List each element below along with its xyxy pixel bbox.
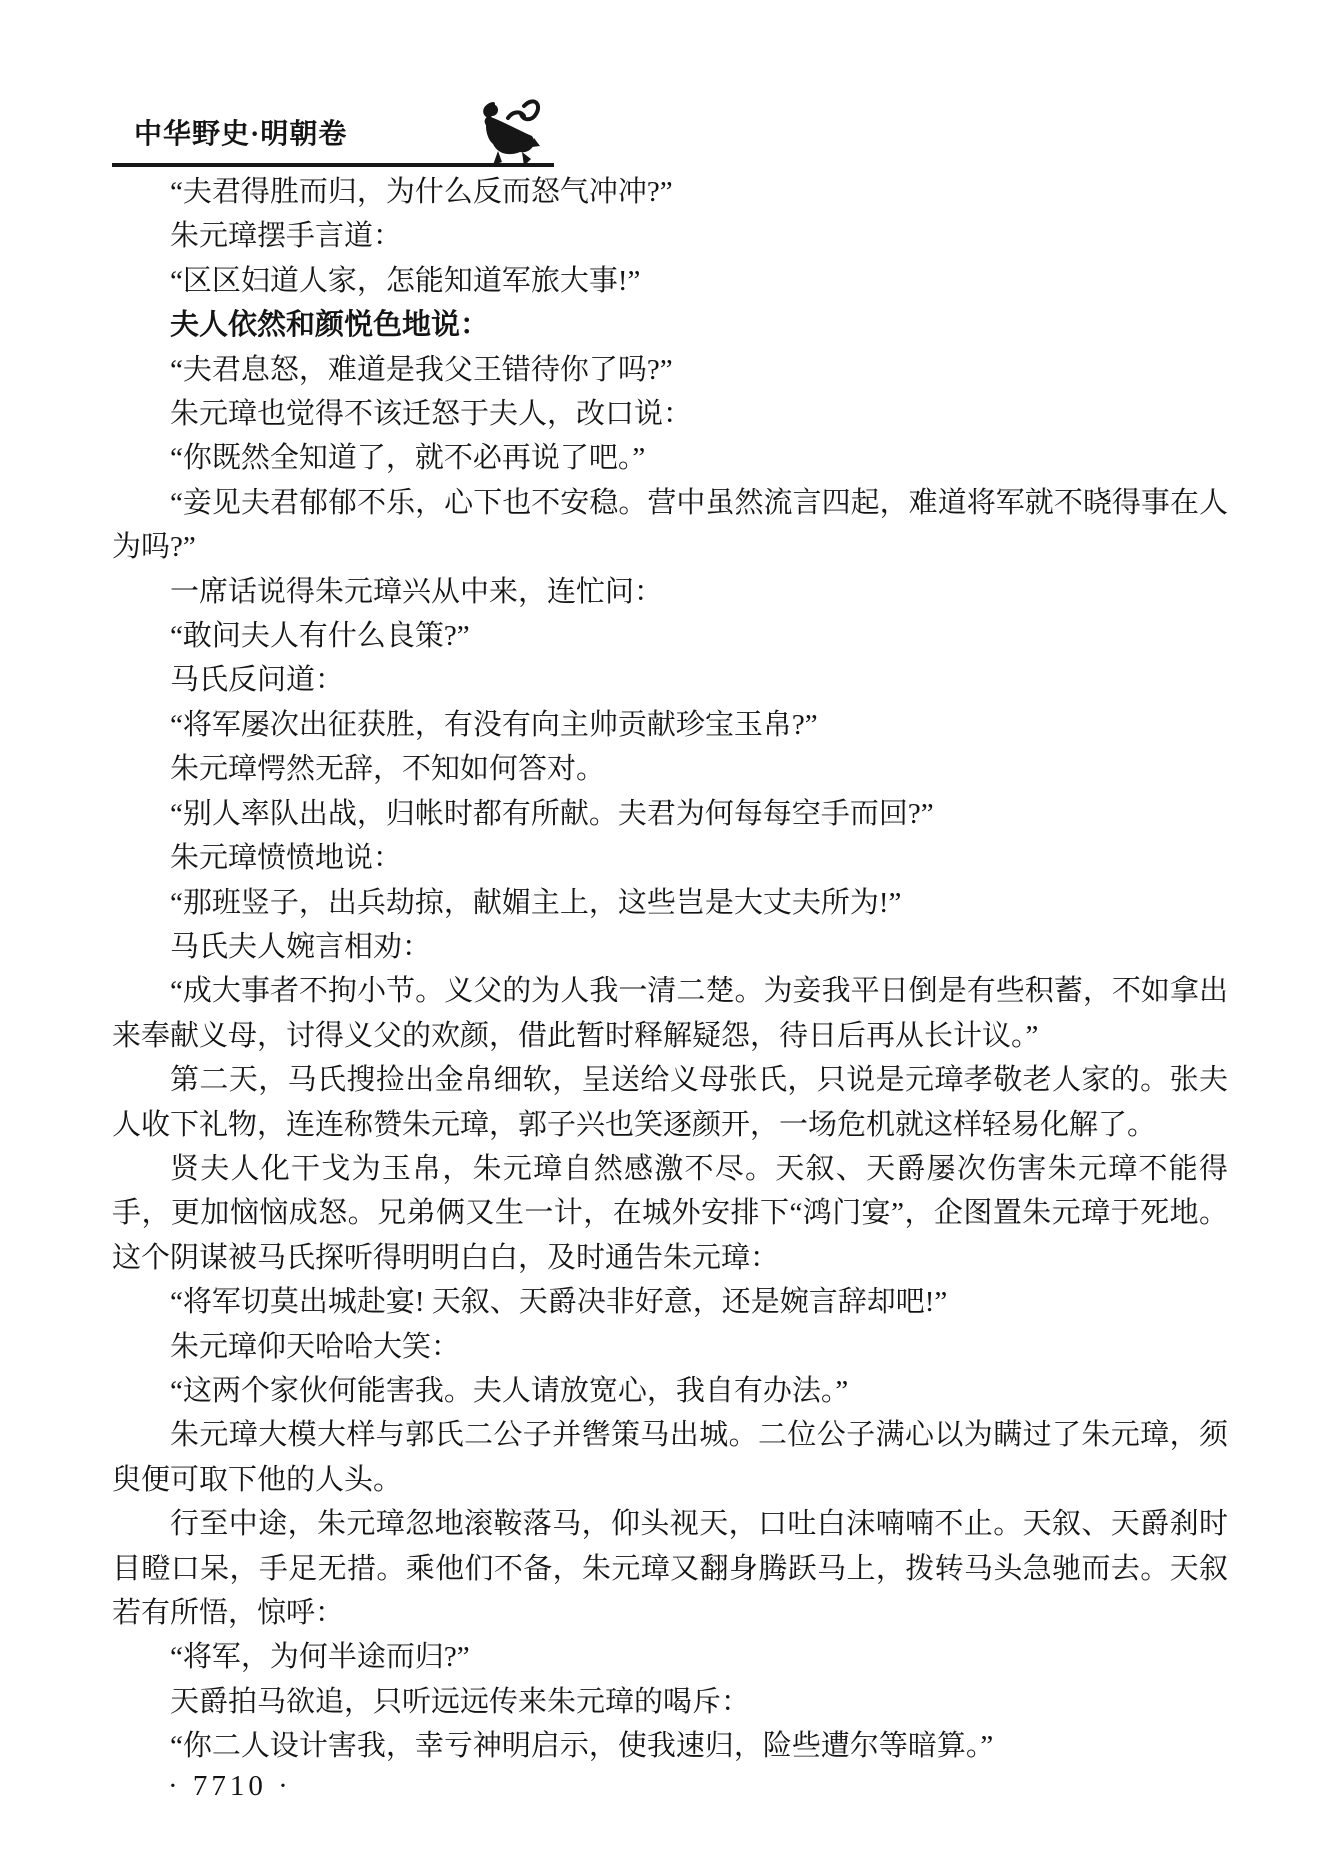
body-paragraph: “那班竖子，出兵劫掠，献媚主上，这些岂是大丈夫所为!” — [112, 881, 1228, 925]
body-paragraph: 马氏夫人婉言相劝： — [112, 925, 1228, 969]
body-paragraph: 朱元璋愕然无辞，不知如何答对。 — [112, 747, 1228, 791]
body-paragraph: “这两个家伙何能害我。夫人请放宽心，我自有办法。” — [112, 1369, 1228, 1413]
body-paragraph: 一席话说得朱元璋兴从中来，连忙问： — [112, 570, 1228, 614]
body-paragraph: 朱元璋也觉得不该迁怒于夫人，改口说： — [112, 392, 1228, 436]
body-paragraph: “你既然全知道了，就不必再说了吧。” — [112, 436, 1228, 480]
page-body: “夫君得胜而归，为什么反而怒气冲冲?”朱元璋摆手言道：“区区妇道人家，怎能知道军… — [112, 170, 1228, 1769]
body-paragraph: 夫人依然和颜悦色地说： — [112, 303, 1228, 347]
body-paragraph: 天爵拍马欲追，只听远远传来朱元璋的喝斥： — [112, 1680, 1228, 1724]
body-paragraph: “区区妇道人家，怎能知道军旅大事!” — [112, 259, 1228, 303]
body-paragraph: “夫君息怒，难道是我父王错待你了吗?” — [112, 348, 1228, 392]
body-paragraph: “成大事者不拘小节。义父的为人我一清二楚。为妾我平日倒是有些积蓄，不如拿出来奉献… — [112, 969, 1228, 1058]
body-paragraph: “别人率队出战，归帐时都有所献。夫君为何每每空手而回?” — [112, 792, 1228, 836]
body-paragraph: 第二天，马氏搜捡出金帛细软，呈送给义母张氏，只说是元璋孝敬老人家的。张夫人收下礼… — [112, 1058, 1228, 1147]
dragon-ornament-icon — [478, 94, 544, 172]
body-paragraph: “夫君得胜而归，为什么反而怒气冲冲?” — [112, 170, 1228, 214]
body-paragraph: 朱元璋大模大样与郭氏二公子并辔策马出城。二位公子满心以为瞒过了朱元璋，须臾便可取… — [112, 1413, 1228, 1502]
body-paragraph: 朱元璋摆手言道： — [112, 214, 1228, 258]
body-paragraph: 行至中途，朱元璋忽地滚鞍落马，仰头视天，口吐白沫喃喃不止。天叙、天爵刹时目瞪口呆… — [112, 1502, 1228, 1635]
body-paragraph: 朱元璋愤愤地说： — [112, 836, 1228, 880]
body-paragraph: “将军屡次出征获胜，有没有向主帅贡献珍宝玉帛?” — [112, 703, 1228, 747]
body-paragraph: 马氏反问道： — [112, 658, 1228, 702]
body-paragraph: “将军切莫出城赴宴! 天叙、天爵决非好意，还是婉言辞却吧!” — [112, 1280, 1228, 1324]
body-paragraph: “你二人设计害我，幸亏神明启示，使我速归，险些遭尔等暗算。” — [112, 1724, 1228, 1768]
body-paragraph: “将军，为何半途而归?” — [112, 1635, 1228, 1679]
body-paragraph: “妾见夫君郁郁不乐，心下也不安稳。营中虽然流言四起，难道将军就不晓得事在人为吗?… — [112, 481, 1228, 570]
body-paragraph: 贤夫人化干戈为玉帛，朱元璋自然感激不尽。天叙、天爵屡次伤害朱元璋不能得手，更加恼… — [112, 1147, 1228, 1280]
book-page: 中华野史·明朝卷 “夫君得胜而归，为什么反而怒气冲冲?”朱元璋摆手言道：“区区妇… — [0, 0, 1322, 1870]
body-paragraph: 朱元璋仰天哈哈大笑： — [112, 1325, 1228, 1369]
body-paragraph: “敢问夫人有什么良策?” — [112, 614, 1228, 658]
page-number: · 7710 · — [168, 1770, 292, 1803]
running-head-title: 中华野史·明朝卷 — [134, 112, 347, 152]
header-rule — [112, 163, 554, 167]
